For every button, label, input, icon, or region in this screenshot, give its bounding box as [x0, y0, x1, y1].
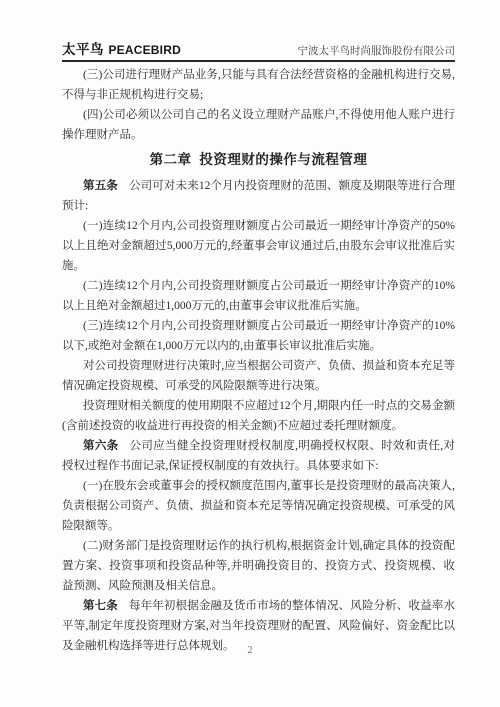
document-paragraph: (二)财务部门是投资理财运作的执行机构,根据资金计划,确定具体的投资配置方案、投…	[62, 536, 455, 596]
document-paragraph: 第六条公司应当健全投资理财授权制度,明确授权权限、时效和责任,对授权过程作书面记…	[62, 436, 455, 476]
document-paragraph: (三)公司进行理财产品业务,只能与具有合法经营资格的金融机构进行交易,不得与非正…	[62, 65, 455, 105]
document-paragraph: (一)在股东会或董事会的授权额度范围内,董事长是投资理财的最高决策人,负责根据公…	[62, 476, 455, 536]
article-number: 第七条	[83, 600, 118, 612]
document-paragraph: (四)公司必须以公司自己的名义设立理财产品账户,不得使用他人账户进行操作理财产品…	[62, 105, 455, 145]
document-paragraph: 第五条公司可对未来12个月内投资理财的范围、额度及期限等进行合理预计:	[62, 176, 455, 216]
article-number: 第五条	[83, 180, 118, 192]
document-body: (三)公司进行理财产品业务,只能与具有合法经营资格的金融机构进行交易,不得与非正…	[62, 65, 455, 656]
company-logo: 太平鸟 PEACEBIRD	[62, 38, 181, 59]
page-footer: 2	[0, 645, 500, 656]
document-paragraph: (三)连续12个月内,公司投资理财额度占公司最近一期经审计净资产的10%以下,或…	[62, 316, 455, 356]
logo-chinese-text: 太平鸟	[62, 42, 104, 57]
article-number: 第六条	[83, 440, 119, 452]
document-paragraph: 对公司投资理财进行决策时,应当根据公司资产、负债、损益和资本充足等情况确定投资规…	[62, 356, 455, 396]
page-header: 太平鸟 PEACEBIRD 宁波太平鸟时尚服饰股份有限公司	[62, 38, 455, 59]
document-paragraph: (二)连续12个月内,公司投资理财额度占公司最近一期经审计净资产的10%以上且绝…	[62, 276, 455, 316]
chapter-heading: 第二章 投资理财的操作与流程管理	[62, 150, 455, 170]
company-name: 宁波太平鸟时尚服饰股份有限公司	[298, 43, 456, 59]
document-page: 太平鸟 PEACEBIRD 宁波太平鸟时尚服饰股份有限公司 (三)公司进行理财产…	[0, 0, 500, 707]
page-number: 2	[248, 645, 253, 656]
document-paragraph: (一)连续12个月内,公司投资理财额度占公司最近一期经审计净资产的50%以上且绝…	[62, 216, 455, 276]
document-paragraph: 投资理财相关额度的使用期限不应超过12个月,期限内任一时点的交易金额(含前述投资…	[62, 396, 455, 436]
logo-english-text: PEACEBIRD	[108, 43, 180, 57]
header-divider	[62, 60, 455, 62]
